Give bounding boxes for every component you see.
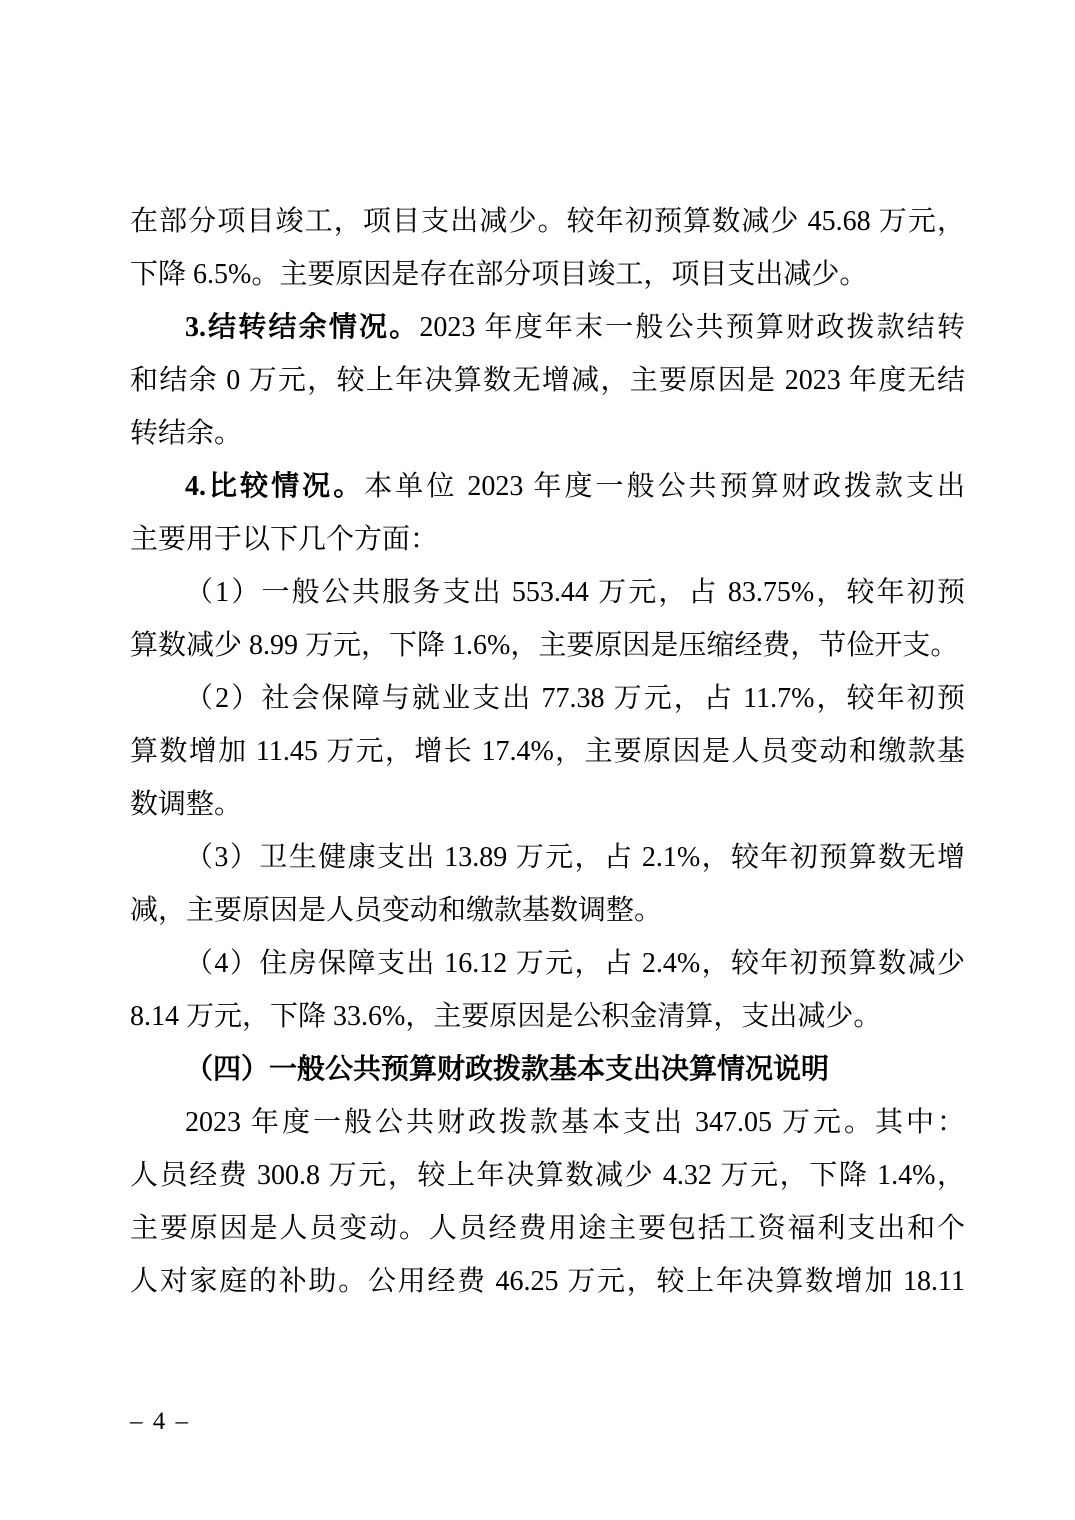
section-heading-comparison: 4.比较情况。本单位 2023 年度一般公共预算财政拨款支出 <box>130 460 965 513</box>
text-line: （3）卫生健康支出 13.89 万元，占 2.1%，较年初预算数无增 <box>130 831 965 884</box>
bold-heading-run: 4.比较情况。 <box>185 471 364 502</box>
document-body: 在部分项目竣工，项目支出减少。较年初预算数减少 45.68 万元， 下降 6.5… <box>130 195 965 1308</box>
text-line: 算数减少 8.99 万元，下降 1.6%，主要原因是压缩经费，节俭开支。 <box>130 619 965 672</box>
bold-heading-run: （四）一般公共预算财政拨款基本支出决算情况说明 <box>185 1054 829 1085</box>
text-run: 本单位 2023 年度一般公共预算财政拨款支出 <box>364 471 965 502</box>
text-run: 2023 年度年末一般公共预算财政拨款结转 <box>419 312 965 343</box>
text-line: 下降 6.5%。主要原因是存在部分项目竣工，项目支出减少。 <box>130 248 965 301</box>
text-line: 数调整。 <box>130 778 965 831</box>
page-number: – 4 – <box>130 1408 190 1436</box>
text-line: 主要用于以下几个方面： <box>130 513 965 566</box>
bold-heading-run: 3.结转结余情况。 <box>185 312 419 343</box>
text-line: 2023 年度一般公共财政拨款基本支出 347.05 万元。其中： <box>130 1096 965 1149</box>
text-line: 人对家庭的补助。公用经费 46.25 万元，较上年决算数增加 18.11 <box>130 1255 965 1308</box>
text-line: 转结余。 <box>130 407 965 460</box>
text-line: 在部分项目竣工，项目支出减少。较年初预算数减少 45.68 万元， <box>130 195 965 248</box>
section-heading-basic-expenditure: （四）一般公共预算财政拨款基本支出决算情况说明 <box>130 1043 965 1096</box>
text-line: 减，主要原因是人员变动和缴款基数调整。 <box>130 884 965 937</box>
document-page: 在部分项目竣工，项目支出减少。较年初预算数减少 45.68 万元， 下降 6.5… <box>0 0 1075 1520</box>
text-line: 主要原因是人员变动。人员经费用途主要包括工资福利支出和个 <box>130 1202 965 1255</box>
text-line: 和结余 0 万元，较上年决算数无增减，主要原因是 2023 年度无结 <box>130 354 965 407</box>
text-line: （2）社会保障与就业支出 77.38 万元，占 11.7%，较年初预 <box>130 672 965 725</box>
text-line: 算数增加 11.45 万元，增长 17.4%，主要原因是人员变动和缴款基 <box>130 725 965 778</box>
text-line: （1）一般公共服务支出 553.44 万元，占 83.75%，较年初预 <box>130 566 965 619</box>
text-line: 8.14 万元，下降 33.6%，主要原因是公积金清算，支出减少。 <box>130 990 965 1043</box>
text-line: 人员经费 300.8 万元，较上年决算数减少 4.32 万元，下降 1.4%， <box>130 1149 965 1202</box>
text-line: （4）住房保障支出 16.12 万元，占 2.4%，较年初预算数减少 <box>130 937 965 990</box>
section-heading-carryover: 3.结转结余情况。2023 年度年末一般公共预算财政拨款结转 <box>130 301 965 354</box>
